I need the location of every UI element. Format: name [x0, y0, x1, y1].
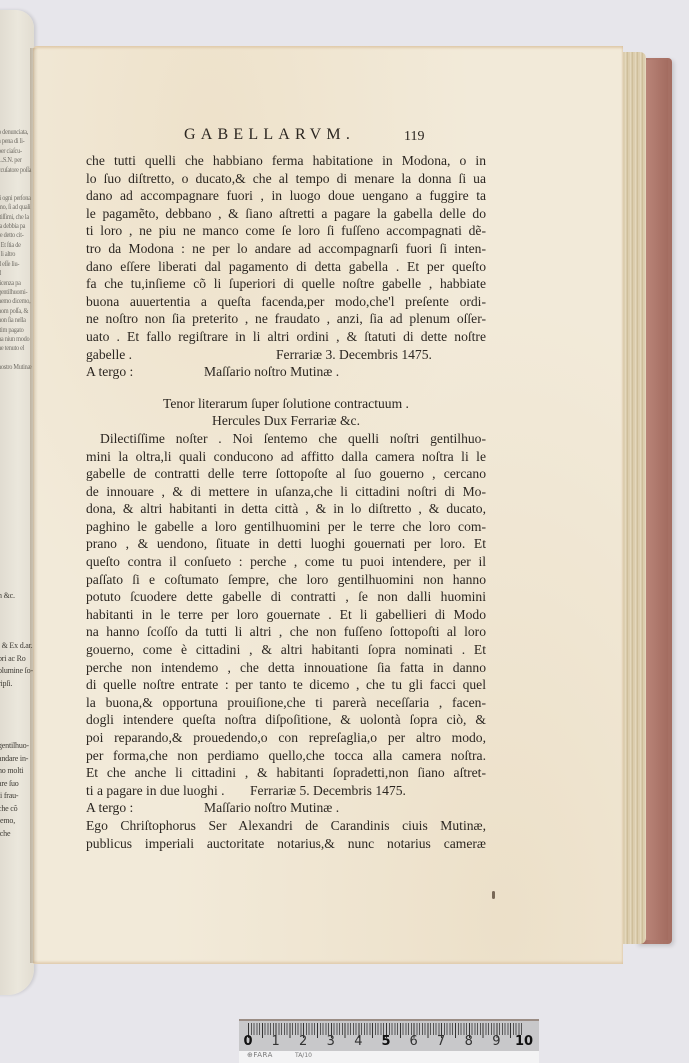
text-line: tro da Modona : ne per lo andare ad acco… [86, 240, 486, 258]
text-line: Et che anche li cittadini , & habitanti … [86, 764, 486, 782]
ruler-brand-logo: ⊕FARA [247, 1051, 273, 1059]
addressee: Maſſario noſtro Mutinæ . [204, 363, 339, 381]
text-line: habitanti in le terre per loro gouernate… [86, 606, 486, 624]
page-number: 119 [404, 128, 424, 146]
notary-attestation: Ego Chriſtophorus Ser Alexandri de Caran… [86, 817, 486, 852]
text-line: paghino le gabelle a loro gentilhuomini … [86, 518, 486, 536]
section-1: che tutti quelli che habbiano ferma habi… [86, 152, 486, 381]
text-line: che tutti quelli che habbiano ferma habi… [86, 152, 486, 170]
gutter-shadow [30, 48, 38, 963]
book-scan-scene: o denunciata, a pena di li- per ciaſcu- … [0, 0, 689, 1063]
text-line: la buona,& opportuna prouiſione,che ti p… [86, 694, 486, 712]
text-line: ne noſtro non ſia preterito , ne fraudat… [86, 310, 486, 328]
cover-board-inner [646, 60, 668, 940]
text-line: mini la oltra,li quali conducono ad affi… [86, 448, 486, 466]
text-line: gabelle de contratti delle terre ſottopo… [86, 465, 486, 483]
text-line: Dilectiſſime noſter . Noi ſentemo che qu… [86, 430, 486, 448]
ruler-number: 0 [243, 1034, 252, 1049]
closing-text: gabelle . [86, 346, 276, 364]
text-line: uato . Et fallo regiſtrare in li altri o… [86, 328, 486, 346]
section-subheading: Hercules Dux Ferrariæ &c. [86, 412, 486, 430]
letter-date: Ferrariæ 3. Decembris 1475. [276, 346, 432, 364]
running-head: GABELLARVM. 119 [86, 126, 486, 148]
text-line: per forma,che non perdiamo quello,che to… [86, 747, 486, 765]
text-line: gouerno, come è cittadini , & altri habi… [86, 641, 486, 659]
text-line: Ego Chriſtophorus Ser Alexandri de Caran… [86, 817, 486, 835]
text-line: potuto ſcuodere dette gabelle di contrat… [86, 588, 486, 606]
closing-text: ti a pagare in due luoghi . [86, 782, 250, 800]
closing-date-line: ti a pagare in due luoghi . Ferrariæ 5. … [86, 782, 486, 800]
ruler-scale: 0 1 2 3 4 5 6 7 8 9 10 [239, 1019, 539, 1051]
ruler-number: 5 [381, 1034, 390, 1049]
left-page-edge: o denunciata, a pena di li- per ciaſcu- … [0, 10, 34, 995]
paper-blemish [492, 891, 495, 899]
text-line: na hanno ſcoſſo da tutti li altri , che … [86, 623, 486, 641]
section-heading: Tenor literarum ſuper ſolutione contract… [86, 395, 486, 413]
text-line: perche non intendemo , che detta innouat… [86, 659, 486, 677]
ruler-number: 1 [271, 1034, 279, 1049]
ruler-number: 10 [515, 1034, 533, 1049]
ruler-number: 4 [354, 1034, 362, 1049]
a-tergo-label: A tergo : [86, 799, 204, 817]
text-line: dogli intendere queſta noſtra diſpoſitio… [86, 711, 486, 729]
running-title: GABELLARVM. [184, 126, 355, 144]
text-line: poi reparando,& prouedendo,o con repreſa… [86, 729, 486, 747]
text-line: ti loro , ne piu ne manco come ſe loro ſ… [86, 222, 486, 240]
text-line: buona auuertentia a queſta facenda,per m… [86, 293, 486, 311]
section-2: Tenor literarum ſuper ſolutione contract… [86, 395, 486, 817]
page-text-block: GABELLARVM. 119 che tutti quelli che hab… [86, 126, 486, 852]
a-tergo-line: A tergo : Maſſario noſtro Mutinæ . [86, 799, 486, 817]
closing-date-line: gabelle . Ferrariæ 3. Decembris 1475. [86, 346, 486, 364]
text-line: le pagamẽto, debbano , & ſiano aſtretti … [86, 205, 486, 223]
ruler-number: 6 [409, 1034, 417, 1049]
scale-ruler: 0 1 2 3 4 5 6 7 8 9 10 ⊕FARA TA/10 [239, 1019, 539, 1063]
text-line: dona, & altri habitanti in detta città ,… [86, 500, 486, 518]
text-line: fa che tu,inſieme cõ li ſuperiori di que… [86, 275, 486, 293]
text-line: prano , & uendono, ſituate in detti luog… [86, 535, 486, 553]
ruler-model-code: TA/10 [295, 1052, 312, 1059]
ruler-number: 8 [465, 1034, 473, 1049]
text-line: lo ſuo diſtretto, o ducato,& che al temp… [86, 170, 486, 188]
left-page-text-lower: n &c. . & Ex d.ar. bri ac Ro olumine ſo-… [0, 590, 32, 840]
text-line: queſto contra il conſueto : perche , com… [86, 553, 486, 571]
text-line: de innouare , & di mettere in uſanza,che… [86, 483, 486, 501]
a-tergo-line: A tergo : Maſſario noſtro Mutinæ . [86, 363, 486, 381]
ruler-number: 3 [327, 1034, 335, 1049]
ruler-number: 9 [492, 1034, 500, 1049]
text-line: dano ad accompagnare fuori , in luogo do… [86, 187, 486, 205]
ruler-number: 2 [299, 1034, 307, 1049]
text-line: dano eſſere liberati dal pagamento di de… [86, 258, 486, 276]
addressee: Maſſario noſtro Mutinæ . [204, 799, 339, 817]
section-gap [86, 381, 486, 395]
letter-date: Ferrariæ 5. Decembris 1475. [250, 782, 406, 800]
a-tergo-label: A tergo : [86, 363, 204, 381]
left-page-text-upper: o denunciata, a pena di li- per ciaſcu- … [0, 128, 27, 373]
text-line: paſſato ſi e coſtumato ſempre, che loro … [86, 571, 486, 589]
ruler-number: 7 [437, 1034, 445, 1049]
text-line: publicus imperiali auctoritate notarius,… [86, 835, 486, 853]
text-line: di quelle noſtre entrate : per tanto te … [86, 676, 486, 694]
